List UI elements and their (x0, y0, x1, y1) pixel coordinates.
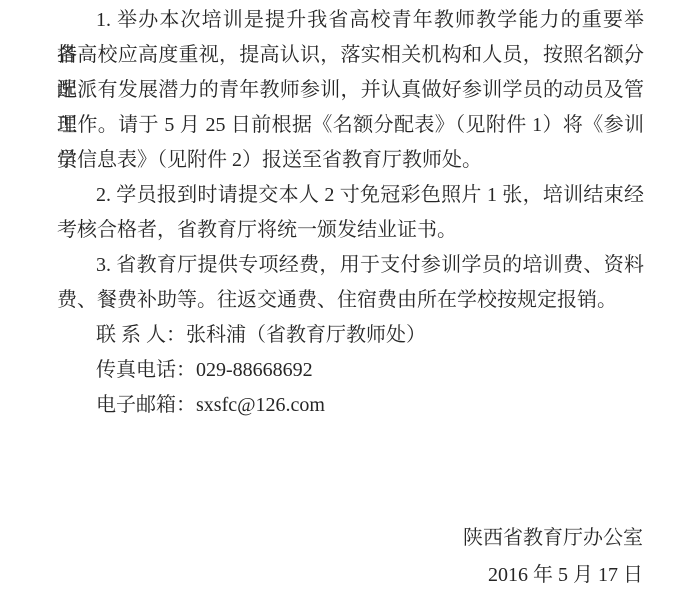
contact-fax-line: 传真电话：029-88668692 (57, 353, 644, 388)
signature-date: 2016 年 5 月 17 日 (488, 558, 643, 589)
paragraph-1-line-5: 员信息表》（见附件 2）报送至省教育厅教师处。 (57, 143, 644, 178)
paragraph-2-line-2: 考核合格者，省教育厅将统一颁发结业证书。 (57, 213, 644, 248)
paragraph-1-line-2: 各高校应高度重视，提高认识，落实相关机构和人员，按照名额分配 (57, 38, 644, 73)
document-page: 1. 举办本次培训是提升我省高校青年教师教学能力的重要举措， 各高校应高度重视，… (0, 0, 700, 589)
paragraph-1-line-3: 选派有发展潜力的青年教师参训，并认真做好参训学员的动员及管理 (57, 73, 644, 108)
paragraph-2-line-1: 2. 学员报到时请提交本人 2 寸免冠彩色照片 1 张，培训结束经 (57, 178, 644, 213)
document-body: 1. 举办本次培训是提升我省高校青年教师教学能力的重要举措， 各高校应高度重视，… (57, 3, 644, 423)
paragraph-1-line-1: 1. 举办本次培训是提升我省高校青年教师教学能力的重要举措， (57, 3, 644, 38)
paragraph-3-line-1: 3. 省教育厅提供专项经费，用于支付参训学员的培训费、资料 (57, 248, 644, 283)
paragraph-3-line-2: 费、餐费补助等。往返交通费、住宿费由所在学校按规定报销。 (57, 283, 644, 318)
contact-person-line: 联 系 人：张科浦（省教育厅教师处） (57, 318, 644, 353)
contact-email-line: 电子邮箱：sxsfc@126.com (57, 388, 644, 423)
paragraph-1-line-4: 工作。请于 5 月 25 日前根据《名额分配表》（见附件 1）将《参训学 (57, 108, 644, 143)
signature-organization: 陕西省教育厅办公室 (463, 521, 643, 556)
